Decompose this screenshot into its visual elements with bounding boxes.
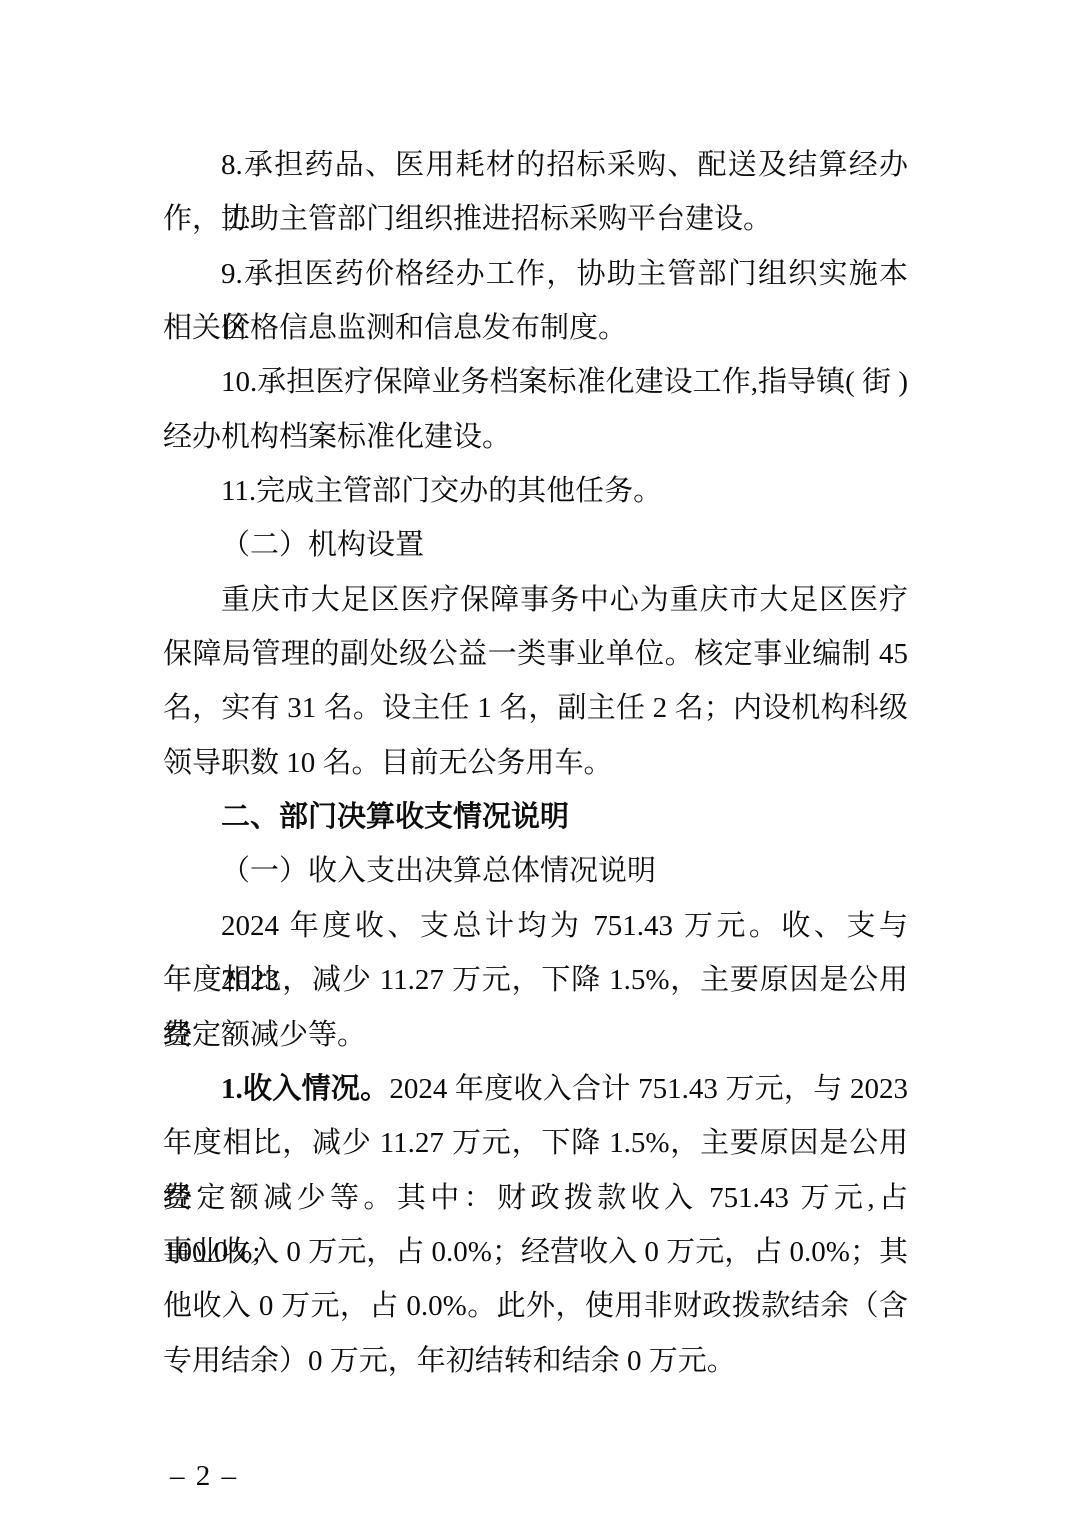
document-text-block: 8.承担药品、医用耗材的招标采购、配送及结算经办工 作，协助主管部门组织推进招标…: [163, 138, 908, 1388]
body-line: 9.承担医药价格经办工作，协助主管部门组织实施本区: [163, 247, 908, 301]
body-line: 2024 年度收、支总计均为 751.43 万元。收、支与 2023: [163, 899, 908, 953]
body-line: 事业收入 0 万元，占 0.0%；经营收入 0 万元，占 0.0%；其: [163, 1225, 908, 1279]
body-line: 费定额减少等。其中：财政拨款收入 751.43 万元,占 100.0%;: [163, 1171, 908, 1225]
body-line: 他收入 0 万元，占 0.0%。此外，使用非财政拨款结余（含: [163, 1279, 908, 1333]
body-line: 保障局管理的副处级公益一类事业单位。核定事业编制 45: [163, 627, 908, 681]
body-line: 名，实有 31 名。设主任 1 名，副主任 2 名；内设机构科级: [163, 681, 908, 735]
body-line: 1.收入情况。2024 年度收入合计 751.43 万元，与 2023: [163, 1062, 908, 1116]
body-line: 8.承担药品、医用耗材的招标采购、配送及结算经办工: [163, 138, 908, 192]
body-line: 作，协助主管部门组织推进招标采购平台建设。: [163, 192, 908, 246]
subsection-heading-overall-income-expenditure: （一）收入支出决算总体情况说明: [163, 844, 908, 898]
body-line: 11.完成主管部门交办的其他任务。: [163, 464, 908, 518]
body-line: 年度相比，减少 11.27 万元，下降 1.5%，主要原因是公用经: [163, 953, 908, 1007]
page-number: – 2 –: [170, 1460, 238, 1492]
body-line: 领导职数 10 名。目前无公务用车。: [163, 736, 908, 790]
body-line: 相关价格信息监测和信息发布制度。: [163, 301, 908, 355]
body-line: 经办机构档案标准化建设。: [163, 410, 908, 464]
income-paragraph-lead: 1.收入情况。: [221, 1073, 389, 1105]
income-paragraph-text: 2024 年度收入合计 751.43 万元，与 2023: [389, 1073, 908, 1105]
body-line: 费定额减少等。: [163, 1008, 908, 1062]
body-line: 重庆市大足区医疗保障事务中心为重庆市大足区医疗: [163, 573, 908, 627]
subsection-heading-organization-setup: （二）机构设置: [163, 518, 908, 572]
body-line: 年度相比，减少 11.27 万元，下降 1.5%，主要原因是公用经: [163, 1116, 908, 1170]
body-line: 专用结余）0 万元，年初结转和结余 0 万元。: [163, 1334, 908, 1388]
body-line: 10.承担医疗保障业务档案标准化建设工作,指导镇( 街 ): [163, 355, 908, 409]
document-page: 8.承担药品、医用耗材的招标采购、配送及结算经办工 作，协助主管部门组织推进招标…: [0, 0, 1069, 1515]
section-heading-budget-explanation: 二、部门决算收支情况说明: [163, 790, 908, 844]
